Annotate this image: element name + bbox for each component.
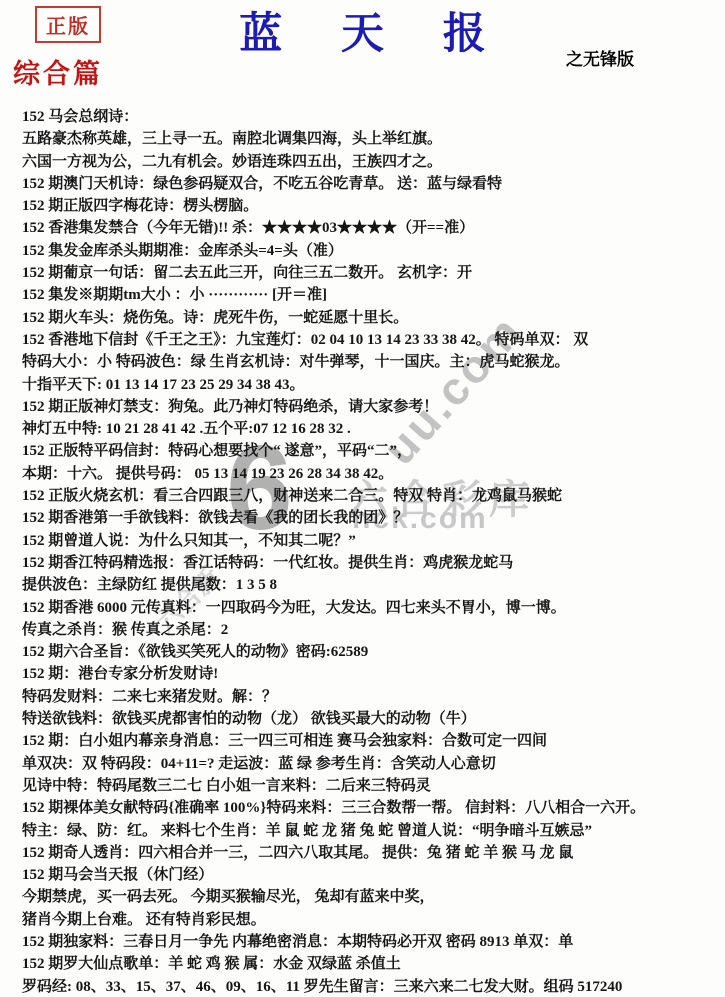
report-line: 152 期：白小姐内幕亲身消息：三一四三可相连 赛马会独家料：合数可定一四间 [22,730,725,752]
report-line: 152 期正版四字梅花诗：楞头楞脑。 [22,195,725,217]
report-line: 152 香港地下信封《千王之王》：九宝莲灯：02 04 10 13 14 23 … [22,329,725,351]
report-line: 五路豪杰称英雄，三上寻一五。南腔北调集四海，头上举红旗。 [22,128,725,150]
report-line: 152 期火车头：烧伤兔。诗：虎死牛伤，一蛇延愿十里长。 [22,307,725,329]
report-line: 特主：绿、防：红。 来料七个生肖：羊 鼠 蛇 龙 猪 兔 蛇 曾道人说：“明争暗… [22,820,725,842]
report-line: 单双决：双 特码段：04+11=? 走运波：蓝 绿 参考生肖：含笑动人心意切 [22,753,725,775]
report-line: 见诗中特：特码尾数三二七 白小姐一言来料：二后来三特码灵 [22,775,725,797]
report-line: 152 期六合圣旨：《欲钱买笑死人的动物》密码:62589 [22,641,725,663]
report-line: 152 期独家料：三春日月一争先 内幕绝密消息：本期特码必开双 密码 8913 … [22,931,725,953]
report-line: 今期禁虎，买一码去死。 今期买猴输尽光， 兔却有蓝来中奖， [22,886,725,908]
report-line: 152 正版特平码信封：特码心想要找个“ 遂意”，平码“二”， [22,440,725,462]
report-line: 特码发财料：二来七来猪发财。解：？ [22,686,725,708]
report-line: 本期：十六。 提供号码： 05 13 14 19 23 26 28 34 38 … [22,463,725,485]
report-line: 十指平天下: 01 13 14 17 23 25 29 34 38 43。 [22,374,725,396]
report-line: 152 正版火烧玄机：看三合四跟三八，财神送来二合三。特双 特肖：龙鸡鼠马猴蛇 [22,485,725,507]
report-line: 六国一方视为公，二九有机会。妙语连珠四五出，王族四才之。 [22,151,725,173]
report-line: 神灯五中特: 10 21 28 41 42 .五个平:07 12 16 28 3… [22,418,725,440]
report-line: 152 期葡京一句话：留二去五此三开，向往三五二数开。 玄机字：开 [22,262,725,284]
report-line: 特码大小：小 特码波色：绿 生肖玄机诗：对牛弹琴，十一国庆。主：虎马蛇猴龙。 [22,351,725,373]
report-line: 152 期裸体美女献特码{准确率 100%}特码来料：三三合数帮一帮。 信封料：… [22,797,725,819]
section-heading: 综合篇 [13,52,103,91]
report-line: 152 集发金库杀头期期准：金库杀头=4=头（准） [22,240,725,262]
report-line: 152 期罗大仙点歌单：羊 蛇 鸡 猴 属：水金 双绿蓝 杀值土 [22,953,725,975]
report-line: 152 期澳门天机诗：绿色参码疑双合，不吃五谷吃青草。 送：蓝与绿看特 [22,173,725,195]
newspaper-page: 6 uu.com 六合彩库 hck.com 六合新 正版 蓝 天 报 之无锋版 … [0,0,725,997]
report-line: 152 期香港第一手欲钱料：欲钱去看《我的团长我的团》？ [22,507,725,529]
report-line: 152 期曾道人说：为什么只知其一，不知其二呢？” [22,530,725,552]
report-line: 152 马会总纲诗： [22,106,725,128]
report-line: 152 期正版神灯禁支：狗兔。此乃神灯特码绝杀，请大家参考！ [22,396,725,418]
report-line: 152 期马会当天报（休门经） [22,864,725,886]
report-line: 猪肖今期上台难。 还有特肖彩民想。 [22,909,725,931]
edition-subtitle: 之无锋版 [566,45,634,70]
report-line: 提供波色：主绿防红 提供尾数：1 3 5 8 [22,574,725,596]
report-line: 152 香港集发禁合（今年无错)!! 杀：★★★★03★★★★（开==准） [22,217,725,239]
report-line: 传真之杀肖：猴 传真之杀尾：2 [22,619,725,641]
report-line: 152 期：港台专家分析发财诗! [22,663,725,685]
report-body: 152 马会总纲诗：五路豪杰称英雄，三上寻一五。南腔北调集四海，头上举红旗。六国… [22,106,725,997]
report-line: 罗码经: 08、33、15、37、46、09、16、11 罗先生留言：三来六来二… [22,976,725,997]
report-line: 特送欲钱料：欲钱买虎都害怕的动物（龙） 欲钱买最大的动物（牛） [22,708,725,730]
report-line: 152 集发※期期tm大小 ：小 ············ [开＝准] [22,284,725,306]
report-line: 152 期香江特码精选报：香江话特码：一代红妆。提供生肖：鸡虎猴龙蛇马 [22,552,725,574]
report-line: 152 期香港 6000 元传真料：一四取码今为旺，大发达。四七来头不胃小，博一… [22,597,725,619]
report-line: 152 期奇人透肖：四六相合并一三，二四六八取其尾。 提供：兔 猪 蛇 羊 猴 … [22,842,725,864]
